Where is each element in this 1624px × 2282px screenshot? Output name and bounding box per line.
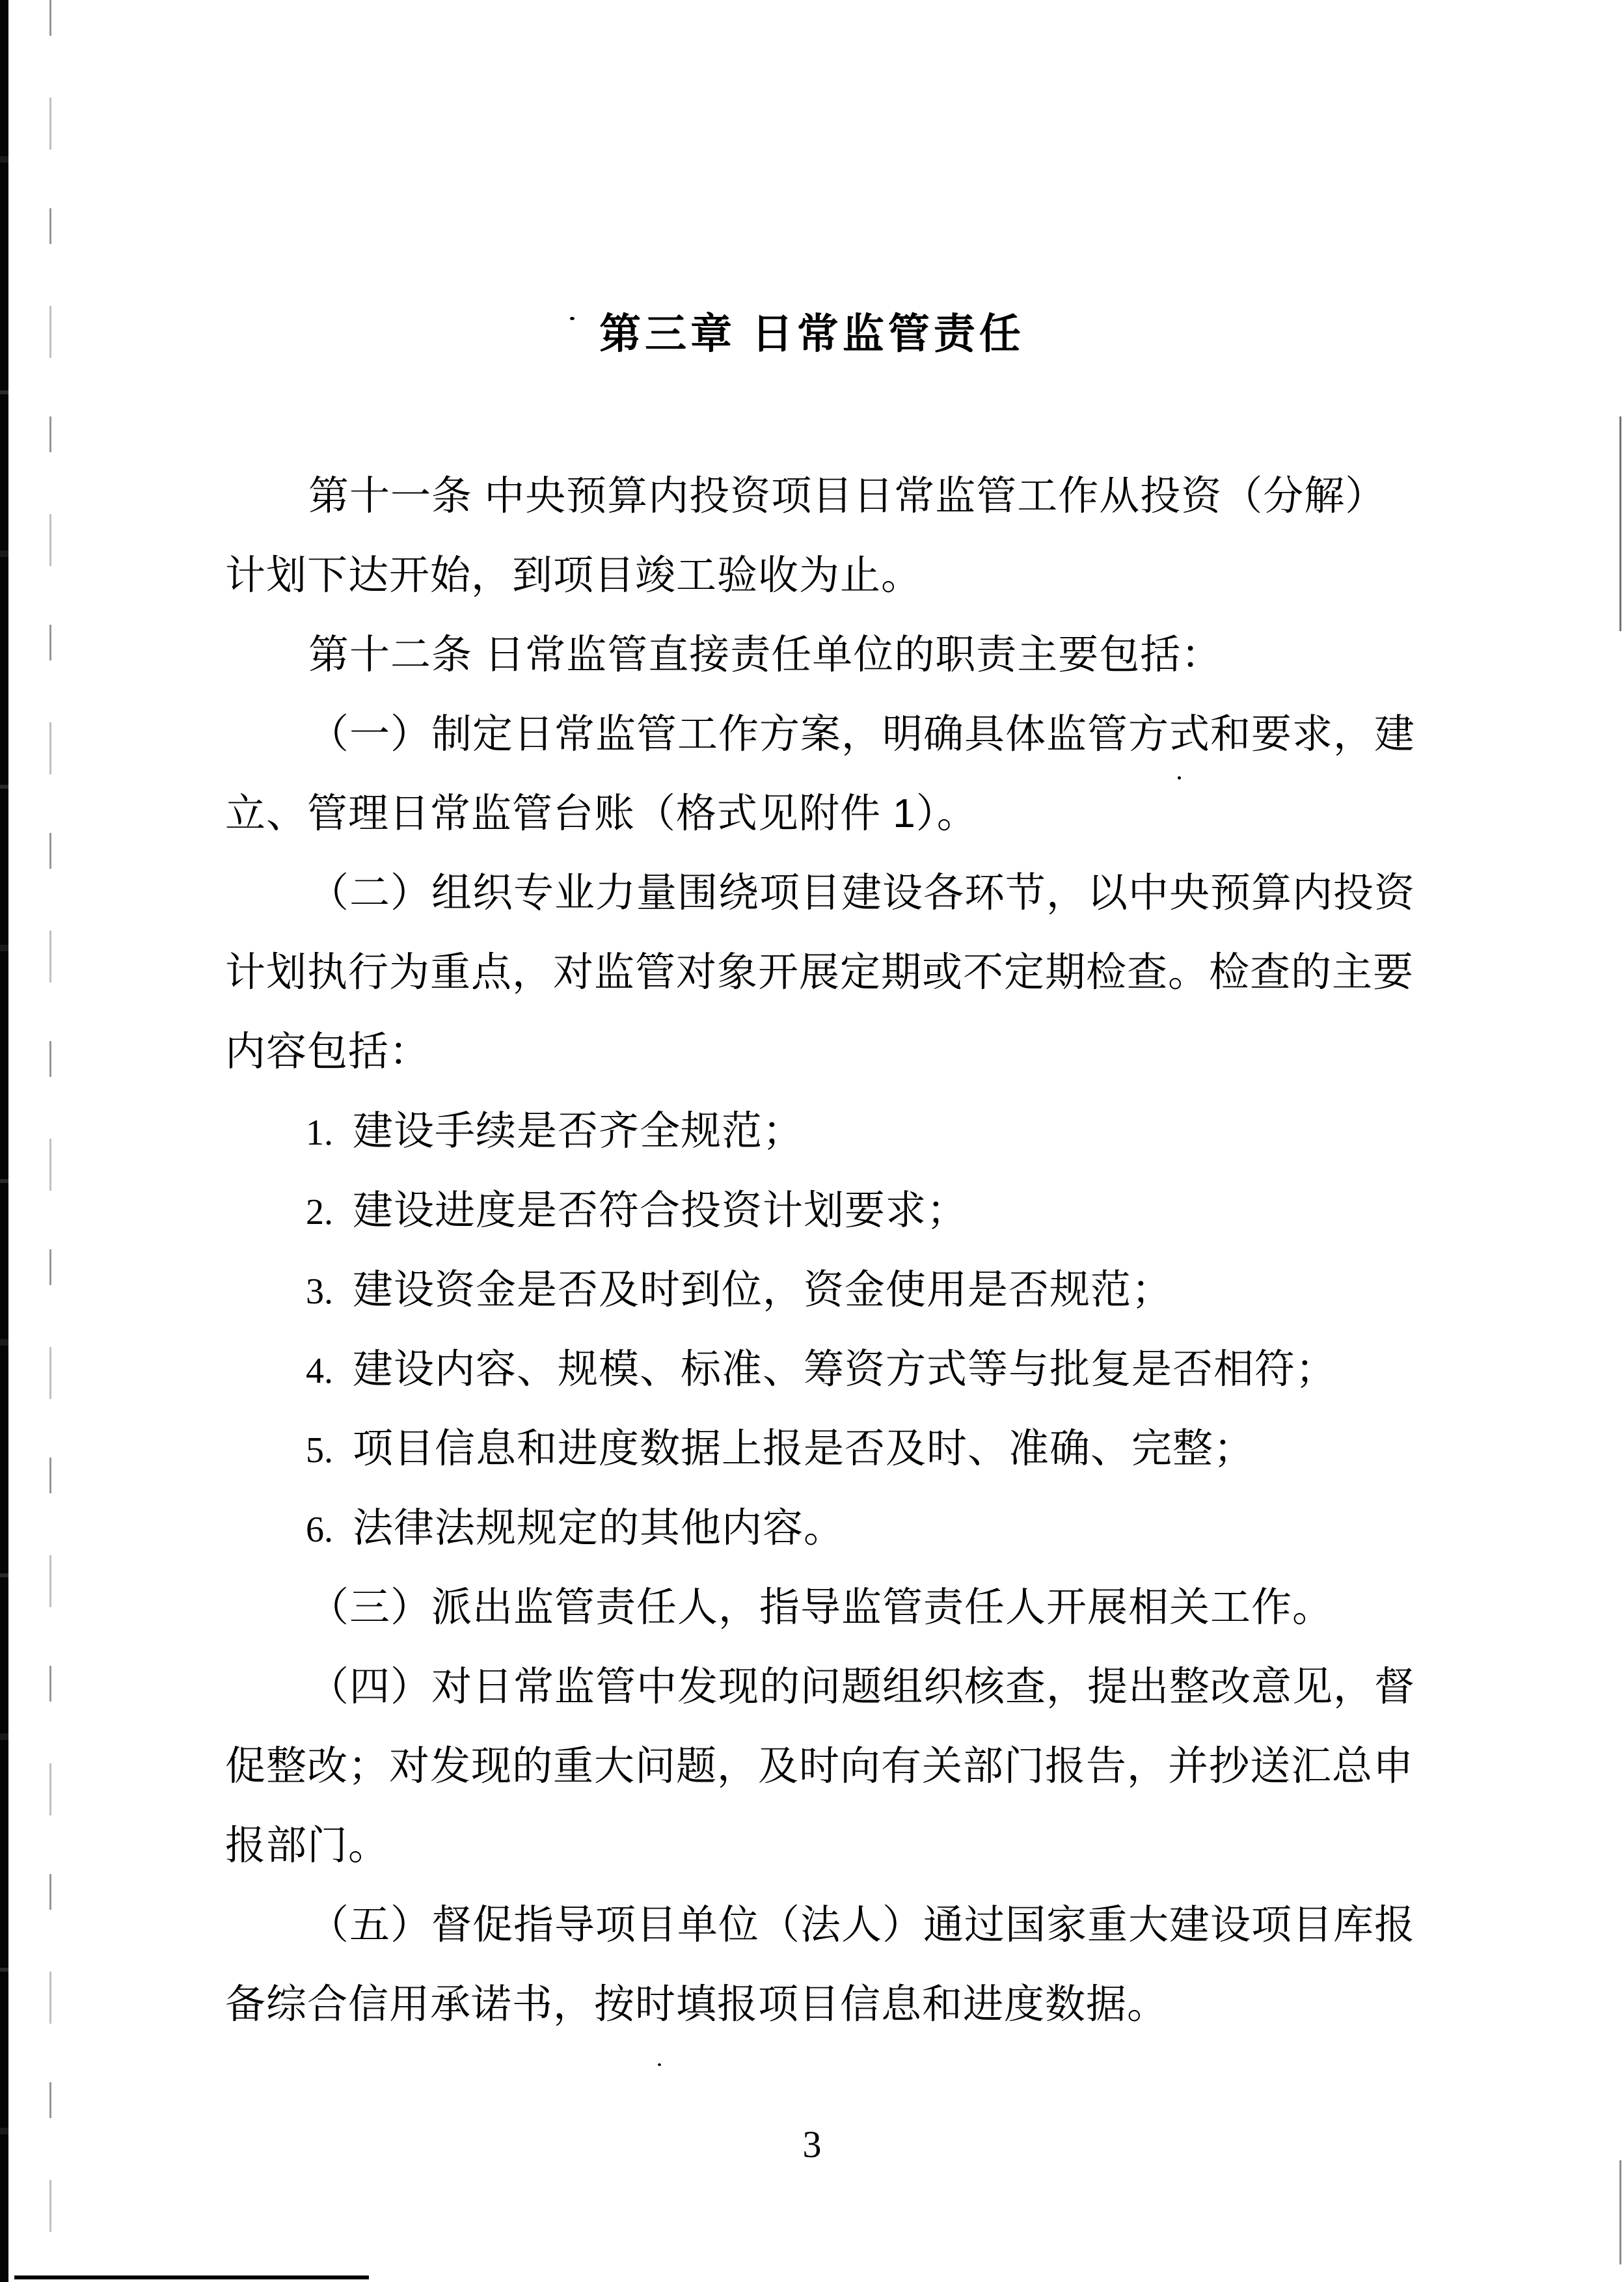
scan-artifact-speck (658, 2063, 661, 2066)
line-text: 建设内容、规模、标准、筹资方式等与批复是否相符； (353, 1347, 1336, 1392)
line-text: 项目信息和进度数据上报是否及时、准确、完整； (353, 1426, 1254, 1471)
line-text: （二）组织专业力量围绕项目建设各环节，以中央预算内投资 (308, 871, 1415, 916)
text-line: 备综合信用承诺书，按时填报项目信息和进度数据。 (225, 1979, 1409, 2059)
document-page: 第三章 日常监管责任 第十一条 中央预算内投资项目日常监管工作从投资（分解） 计… (0, 0, 1624, 2282)
page-number: 3 (0, 2123, 1624, 2166)
item-number: 6. (306, 1510, 333, 1550)
line-text: （三）派出监管责任人，指导监管责任人开展相关工作。 (308, 1585, 1333, 1630)
line-text: 计划下达开始，到项目竣工验收为止。 (225, 553, 922, 598)
text-line: （三）派出监管责任人，指导监管责任人开展相关工作。 (225, 1582, 1409, 1662)
text-line: （二）组织专业力量围绕项目建设各环节，以中央预算内投资 (225, 868, 1409, 947)
list-item: 4.建设内容、规模、标准、筹资方式等与批复是否相符； (225, 1344, 1409, 1424)
text-line: 第十二条 日常监管直接责任单位的职责主要包括： (225, 630, 1409, 709)
line-text: 第十二条 日常监管直接责任单位的职责主要包括： (308, 632, 1222, 677)
scan-artifact-right-segment (1619, 2160, 1621, 2264)
text-line: 报部门。 (225, 1821, 1409, 1900)
scan-artifact-bottom-line (14, 2275, 369, 2279)
chapter-title: 第三章 日常监管责任 (0, 311, 1624, 357)
list-item: 2.建设进度是否符合投资计划要求； (225, 1186, 1409, 1265)
list-item: 5.项目信息和进度数据上报是否及时、准确、完整； (225, 1424, 1409, 1503)
line-text: （四）对日常监管中发现的问题组织核查，提出整改意见，督 (308, 1664, 1415, 1709)
item-number: 4. (306, 1351, 333, 1391)
line-text: 建设手续是否齐全规范； (353, 1109, 804, 1154)
text-line: （五）督促指导项目单位（法人）通过国家重大建设项目库报 (225, 1900, 1409, 1979)
line-text: 建设进度是否符合投资计划要求； (353, 1188, 968, 1233)
text-line: 立、管理日常监管台账（格式见附件 1）。 (225, 789, 1409, 868)
line-text: 报部门。 (225, 1823, 389, 1868)
text-line: 促整改；对发现的重大问题，及时向有关部门报告，并抄送汇总申 (225, 1741, 1409, 1821)
text-line: 计划执行为重点，对监管对象开展定期或不定期检查。检查的主要 (225, 947, 1409, 1027)
line-text: 建设资金是否及时到位，资金使用是否规范； (353, 1268, 1172, 1312)
text-line: 内容包括： (225, 1027, 1409, 1106)
text-line: 第十一条 中央预算内投资项目日常监管工作从投资（分解） (225, 471, 1409, 550)
list-item: 3.建设资金是否及时到位，资金使用是否规范； (225, 1265, 1409, 1344)
scan-artifact-right-segment (1619, 416, 1621, 631)
line-text: 第十一条 中央预算内投资项目日常监管工作从投资（分解） (308, 474, 1386, 519)
line-text: 计划执行为重点，对监管对象开展定期或不定期检查。检查的主要 (225, 950, 1414, 995)
line-text: （五）督促指导项目单位（法人）通过国家重大建设项目库报 (308, 1903, 1415, 1948)
document-body: 第十一条 中央预算内投资项目日常监管工作从投资（分解） 计划下达开始，到项目竣工… (225, 471, 1409, 2059)
line-text: （一）制定日常监管工作方案，明确具体监管方式和要求，建 (308, 712, 1415, 757)
item-number: 1. (306, 1113, 333, 1153)
line-text: 内容包括： (225, 1029, 430, 1074)
line-text: 促整改；对发现的重大问题，及时向有关部门报告，并抄送汇总申 (225, 1744, 1414, 1789)
item-number: 3. (306, 1271, 333, 1312)
list-item: 6.法律法规规定的其他内容。 (225, 1503, 1409, 1582)
item-number: 2. (306, 1192, 333, 1232)
text-line: （一）制定日常监管工作方案，明确具体监管方式和要求，建 (225, 709, 1409, 789)
list-item: 1.建设手续是否齐全规范； (225, 1106, 1409, 1186)
line-text: 法律法规规定的其他内容。 (353, 1506, 845, 1551)
line-text: 备综合信用承诺书，按时填报项目信息和进度数据。 (225, 1982, 1168, 2027)
line-text: 立、管理日常监管台账（格式见附件 1）。 (225, 791, 978, 836)
text-line: （四）对日常监管中发现的问题组织核查，提出整改意见，督 (225, 1662, 1409, 1741)
text-line: 计划下达开始，到项目竣工验收为止。 (225, 550, 1409, 630)
item-number: 5. (306, 1430, 333, 1471)
